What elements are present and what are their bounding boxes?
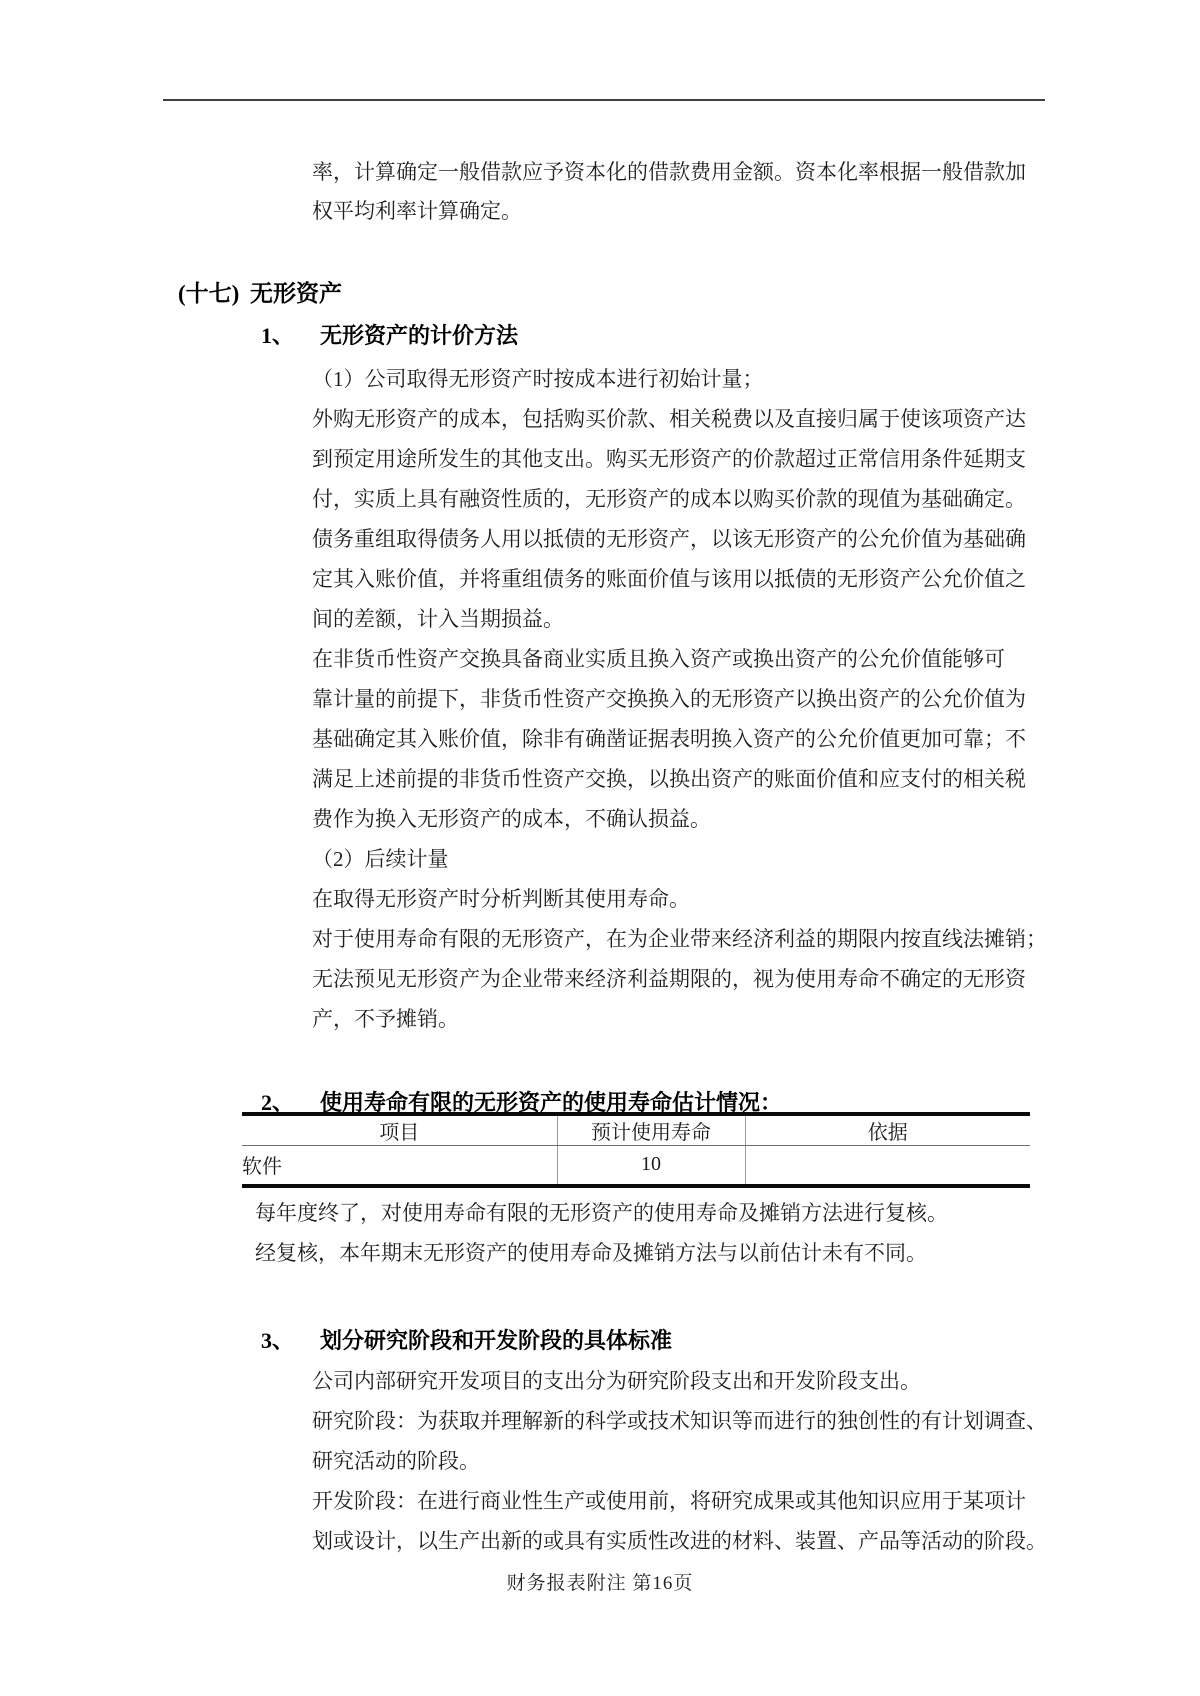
text-line: 在取得无形资产时分析判断其使用寿命。: [312, 879, 1047, 919]
table-header-row: 项目 预计使用寿命 依据: [242, 1114, 1030, 1146]
subsection-1-heading: 1、无形资产的计价方法: [261, 321, 518, 351]
table-header-life: 预计使用寿命: [557, 1114, 745, 1146]
text-line: 划或设计，以生产出新的或具有实质性改进的材料、装置、产品等活动的阶段。: [312, 1521, 1047, 1561]
text-line: 靠计量的前提下，非货币性资产交换换入的无形资产以换出资产的公允价值为: [312, 679, 1047, 719]
document-page: 率，计算确定一般借款应予资本化的借款费用金额。资本化率根据一般借款加权平均利率计…: [0, 0, 1200, 1696]
text-line: 基础确定其入账价值，除非有确凿证据表明换入资产的公允价值更加可靠；不: [312, 719, 1047, 759]
text-line: 间的差额，计入当期损益。: [312, 599, 1047, 639]
text-line: 付，实质上具有融资性质的，无形资产的成本以购买价款的现值为基础确定。: [312, 479, 1047, 519]
section-number: (十七): [178, 279, 250, 309]
text-line: 率，计算确定一般借款应予资本化的借款费用金额。资本化率根据一般借款加: [312, 153, 1026, 192]
text-line: 满足上述前提的非货币性资产交换，以换出资产的账面价值和应支付的相关税: [312, 759, 1047, 799]
subsection-1-paragraph: （1）公司取得无形资产时按成本进行初始计量；外购无形资产的成本，包括购买价款、相…: [312, 359, 1047, 1039]
text-line: 经复核，本年期末无形资产的使用寿命及摊销方法与以前估计未有不同。: [255, 1233, 948, 1273]
text-line: 无法预见无形资产为企业带来经济利益期限的，视为使用寿命不确定的无形资: [312, 959, 1047, 999]
text-line: 权平均利率计算确定。: [312, 192, 1026, 231]
table-cell-item: 软件: [242, 1146, 557, 1186]
useful-life-table: 项目 预计使用寿命 依据 软件 10: [242, 1112, 1030, 1188]
text-line: 到预定用途所发生的其他支出。购买无形资产的价款超过正常信用条件延期支: [312, 439, 1047, 479]
text-line: 债务重组取得债务人用以抵债的无形资产，以该无形资产的公允价值为基础确: [312, 519, 1047, 559]
table-cell-basis: [745, 1146, 1030, 1186]
subsection-3-paragraph: 公司内部研究开发项目的支出分为研究阶段支出和开发阶段支出。研究阶段：为获取并理解…: [312, 1361, 1047, 1561]
table-header-item: 项目: [242, 1114, 557, 1146]
table-header-basis: 依据: [745, 1114, 1030, 1146]
text-line: （2）后续计量: [312, 839, 1047, 879]
header-rule: [163, 99, 1045, 101]
text-line: 外购无形资产的成本，包括购买价款、相关税费以及直接归属于使该项资产达: [312, 399, 1047, 439]
text-line: 研究阶段：为获取并理解新的科学或技术知识等而进行的独创性的有计划调查、: [312, 1401, 1047, 1441]
subsection-1-title: 无形资产的计价方法: [320, 323, 518, 348]
text-line: 在非货币性资产交换具备商业实质且换入资产或换出资产的公允价值能够可: [312, 639, 1047, 679]
table-row: 软件 10: [242, 1146, 1030, 1186]
subsection-3-heading: 3、划分研究阶段和开发阶段的具体标准: [261, 1326, 672, 1356]
text-line: 对于使用寿命有限的无形资产，在为企业带来经济利益的期限内按直线法摊销；: [312, 919, 1047, 959]
text-line: 产，不予摊销。: [312, 999, 1047, 1039]
page-footer: 财务报表附注 第16页: [0, 1568, 1200, 1595]
text-line: 公司内部研究开发项目的支出分为研究阶段支出和开发阶段支出。: [312, 1361, 1047, 1401]
section-heading: (十七)无形资产: [178, 279, 342, 309]
text-line: 开发阶段：在进行商业性生产或使用前，将研究成果或其他知识应用于某项计: [312, 1481, 1047, 1521]
text-line: 每年度终了，对使用寿命有限的无形资产的使用寿命及摊销方法进行复核。: [255, 1193, 948, 1233]
subsection-2-notes: 每年度终了，对使用寿命有限的无形资产的使用寿命及摊销方法进行复核。经复核，本年期…: [255, 1193, 948, 1273]
table-cell-life: 10: [557, 1146, 745, 1186]
text-line: 研究活动的阶段。: [312, 1441, 1047, 1481]
subsection-3-title: 划分研究阶段和开发阶段的具体标准: [320, 1328, 672, 1353]
subsection-1-number: 1、: [261, 321, 320, 351]
section-title: 无形资产: [250, 281, 342, 306]
text-line: 定其入账价值，并将重组债务的账面价值与该用以抵债的无形资产公允价值之: [312, 559, 1047, 599]
text-line: （1）公司取得无形资产时按成本进行初始计量；: [312, 359, 1047, 399]
text-line: 费作为换入无形资产的成本，不确认损益。: [312, 799, 1047, 839]
intro-paragraph: 率，计算确定一般借款应予资本化的借款费用金额。资本化率根据一般借款加权平均利率计…: [312, 153, 1026, 231]
subsection-3-number: 3、: [261, 1326, 320, 1356]
